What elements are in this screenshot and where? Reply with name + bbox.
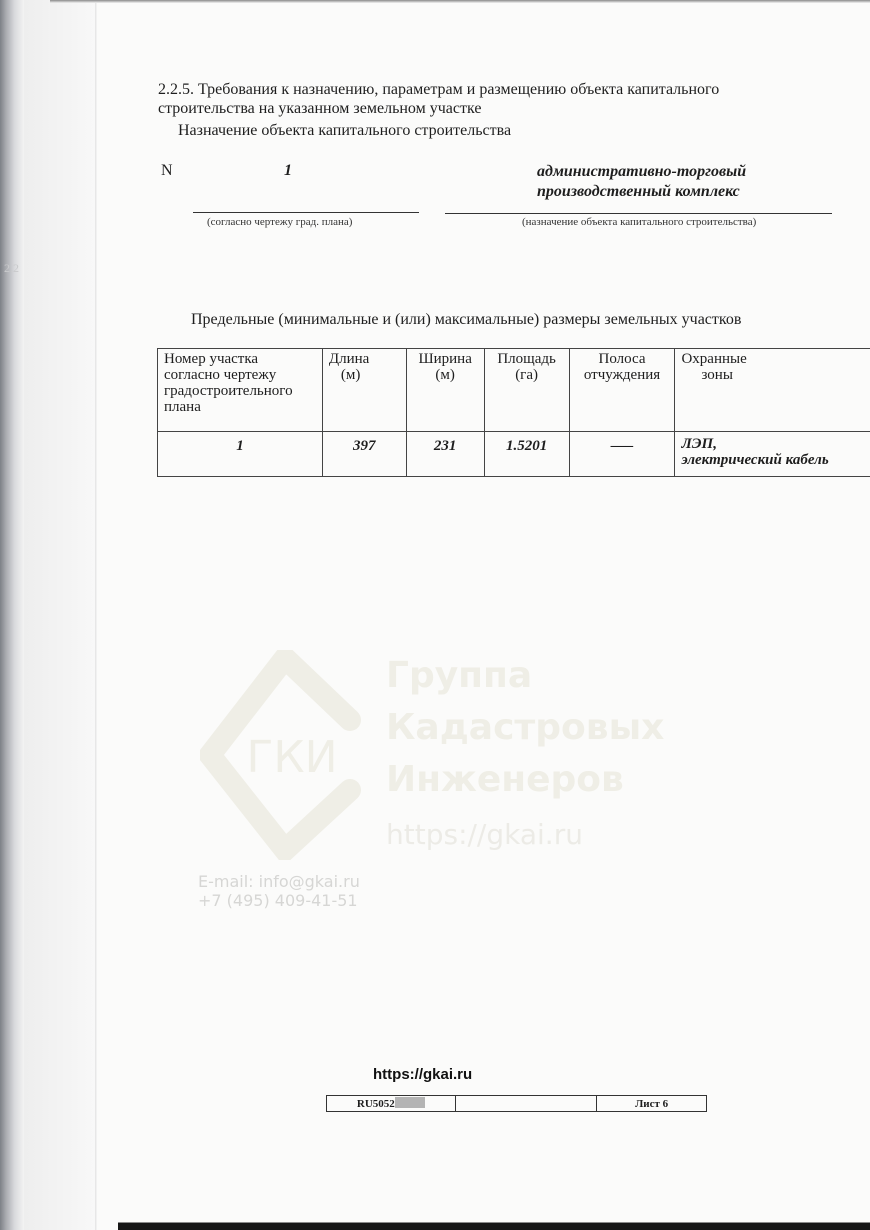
header-text: (м)	[329, 367, 400, 383]
watermark-phone: +7 (495) 409-41-51	[198, 891, 360, 910]
scan-page-edge	[95, 0, 97, 1230]
watermark-line: Группа	[386, 650, 664, 702]
watermark-line: Кадастровых	[386, 702, 664, 754]
header-text: градостроительного	[164, 383, 316, 399]
watermark-url: https://gkai.ru	[386, 818, 583, 851]
number-value: 1	[284, 161, 292, 180]
watermark-email: E-mail: info@gkai.ru	[198, 872, 360, 891]
header-text: плана	[164, 399, 316, 415]
purpose-line: производственный комплекс	[537, 182, 746, 202]
footer-url: https://gkai.ru	[373, 1066, 472, 1083]
scan-bottom-strip	[118, 1222, 870, 1230]
header-length: Длина (м)	[322, 349, 406, 432]
header-text: Длина	[329, 351, 400, 367]
number-caption: (согласно чертежу град. плана)	[207, 216, 352, 228]
header-text: Площадь	[491, 351, 563, 367]
cell-right-of-way: —–	[569, 432, 675, 477]
header-width: Ширина (м)	[406, 349, 484, 432]
header-text: Ширина	[413, 351, 478, 367]
cell-plot-number: 1	[158, 432, 323, 477]
watermark-line: Инженеров	[386, 754, 664, 806]
zone-text: электрический кабель	[681, 452, 870, 468]
cell-protection-zones: ЛЭП, электрический кабель	[675, 432, 870, 477]
header-text: отчуждения	[576, 367, 669, 383]
header-text: Полоса	[576, 351, 669, 367]
cell-area: 1.5201	[484, 432, 569, 477]
footer-stamp-table: RU5052 Лист 6	[326, 1095, 707, 1112]
plot-limits-table: Номер участка согласно чертежу градостро…	[157, 348, 870, 477]
watermark-contacts: E-mail: info@gkai.ru +7 (495) 409-41-51	[198, 872, 360, 910]
header-text: (га)	[491, 367, 563, 383]
section-subtitle: Назначение объекта капитального строител…	[178, 121, 511, 140]
footer-doc-number: RU5052	[327, 1096, 456, 1112]
header-protection-zones: Охранные зоны	[675, 349, 870, 432]
table-header-row: Номер участка согласно чертежу градостро…	[158, 349, 870, 432]
redacted-block	[395, 1097, 425, 1108]
header-right-of-way: Полоса отчуждения	[569, 349, 675, 432]
gki-logo-watermark-icon: ГКИ	[200, 650, 370, 860]
scan-underlying-page	[24, 0, 96, 1230]
scan-top-edge	[50, 0, 870, 3]
purpose-underline	[445, 213, 832, 214]
table-row: 1 397 231 1.5201 —– ЛЭП, электрический к…	[158, 432, 870, 477]
cell-width: 231	[406, 432, 484, 477]
section-title: 2.2.5. Требования к назначению, параметр…	[158, 80, 719, 99]
limits-title: Предельные (минимальные и (или) максимал…	[191, 310, 741, 329]
footer-middle-cell	[455, 1096, 597, 1112]
purpose-line: административно-торговый	[537, 162, 746, 182]
watermark-company-name: Группа Кадастровых Инженеров	[386, 650, 664, 806]
number-underline	[193, 212, 419, 213]
footer-sheet-number: Лист 6	[597, 1096, 707, 1112]
zone-text: ЛЭП,	[681, 436, 870, 452]
object-purpose-value: административно-торговый производственны…	[537, 162, 746, 202]
header-text: Охранные	[681, 351, 870, 367]
header-plot-number: Номер участка согласно чертежу градостро…	[158, 349, 323, 432]
bleed-through-text: 2.2	[4, 258, 19, 278]
cell-length: 397	[322, 432, 406, 477]
header-text: зоны	[681, 367, 870, 383]
purpose-caption: (назначение объекта капитального строите…	[522, 216, 756, 228]
doc-number-text: RU5052	[357, 1098, 395, 1110]
svg-text:ГКИ: ГКИ	[247, 732, 338, 783]
header-text: согласно чертежу	[164, 367, 316, 383]
section-title-continued: строительства на указанном земельном уча…	[158, 99, 481, 118]
number-label: N	[161, 161, 173, 180]
header-text: Номер участка	[164, 351, 316, 367]
header-text: (м)	[413, 367, 478, 383]
scan-binding-shadow	[0, 0, 24, 1230]
header-area: Площадь (га)	[484, 349, 569, 432]
